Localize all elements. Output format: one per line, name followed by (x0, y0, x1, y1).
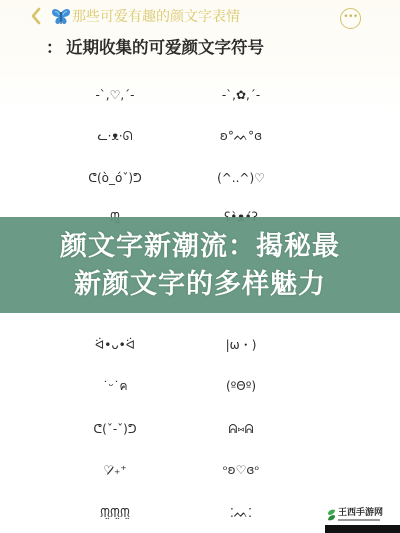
headline-line-1: 颜文字新潮流：揭秘最 (0, 230, 400, 264)
headline-line-2: 新颜文字的多样魅力 (0, 268, 400, 302)
leaf-logo-icon (327, 509, 336, 521)
emoticon-item[interactable]: ᕱ⑅ᕱ (186, 419, 296, 439)
page: 那些可爱有趣的颜文字表情 ••• ：近期收集的可爱颜文字符号 -`,♡,´- -… (0, 0, 400, 533)
emoticon-item[interactable]: ˙ᵕ˙ค (60, 376, 170, 396)
emoticon-item[interactable]: ᐛ•ᴗ•ᐛ (60, 335, 170, 355)
emoticon-item[interactable]: ᓚ·ᴥ·ᘏ (60, 126, 170, 146)
butterfly-icon (51, 8, 71, 26)
emoticon-item[interactable]: ᕦ(ò_óˇ)ᕤ (60, 168, 170, 188)
emoticon-item[interactable]: |ω・) (186, 335, 296, 355)
site-watermark: 王西手游网 (325, 505, 400, 533)
emoticon-item[interactable]: ᕦ(ˇ-ˇ)ᕤ (60, 419, 170, 439)
more-options-button[interactable]: ••• (340, 8, 361, 29)
top-nav-bar: 那些可爱有趣的颜文字表情 ••• (0, 0, 400, 34)
emoticon-item[interactable]: ᙏ̤ᙏ̤ᙏ̤ (60, 503, 170, 523)
emoticon-item[interactable]: ⁚ᨓ⁚ (186, 503, 296, 523)
watermark-bar (325, 525, 400, 533)
section-heading: ：近期收集的可爱颜文字符号 (46, 36, 264, 62)
ellipsis-icon: ••• (343, 12, 357, 22)
emoticon-item[interactable]: ᵒʚ♡ɞᵒ (186, 460, 296, 480)
emoticon-item[interactable]: -`,♡,´- (60, 85, 170, 105)
emoticon-item[interactable]: (ºΘº) (186, 376, 296, 396)
heading-text: 近期收集的可爱颜文字符号 (66, 38, 264, 57)
watermark-text: 王西手游网 (338, 508, 383, 518)
heading-colon: ： (46, 36, 66, 60)
chevron-left-icon (30, 7, 42, 25)
back-button[interactable] (30, 7, 44, 27)
emoticon-item[interactable]: -`,✿,´- (186, 85, 296, 105)
nav-title: 那些可爱有趣的颜文字表情 (72, 8, 240, 28)
emoticon-item[interactable]: ʚ°ᨓ°ɞ (186, 126, 296, 146)
emoticon-item[interactable]: (^..^)♡ (186, 168, 296, 188)
emoticon-item[interactable]: ♡̷̷̷₊⁺ (60, 460, 170, 480)
headline-banner: 颜文字新潮流：揭秘最 新颜文字的多样魅力 (0, 217, 400, 313)
watermark-subline (338, 519, 380, 521)
